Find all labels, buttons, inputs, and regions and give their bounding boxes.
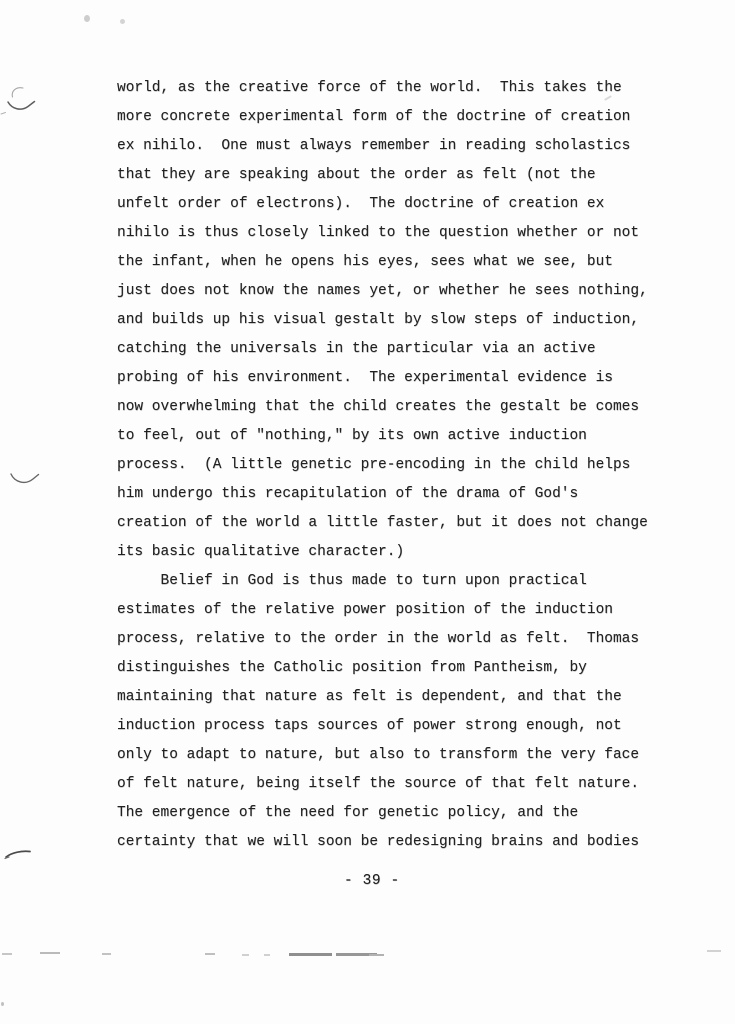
pen-squiggle-top-left-icon [0,80,52,122]
pen-dash-bottom-left-icon [0,843,42,865]
typewritten-body-text: world, as the creative force of the worl… [117,74,648,857]
page-number: - 39 - [344,871,400,891]
pen-squiggle-middle-left-icon [0,463,52,495]
scanned-typewritten-page: world, as the creative force of the worl… [0,0,735,1024]
